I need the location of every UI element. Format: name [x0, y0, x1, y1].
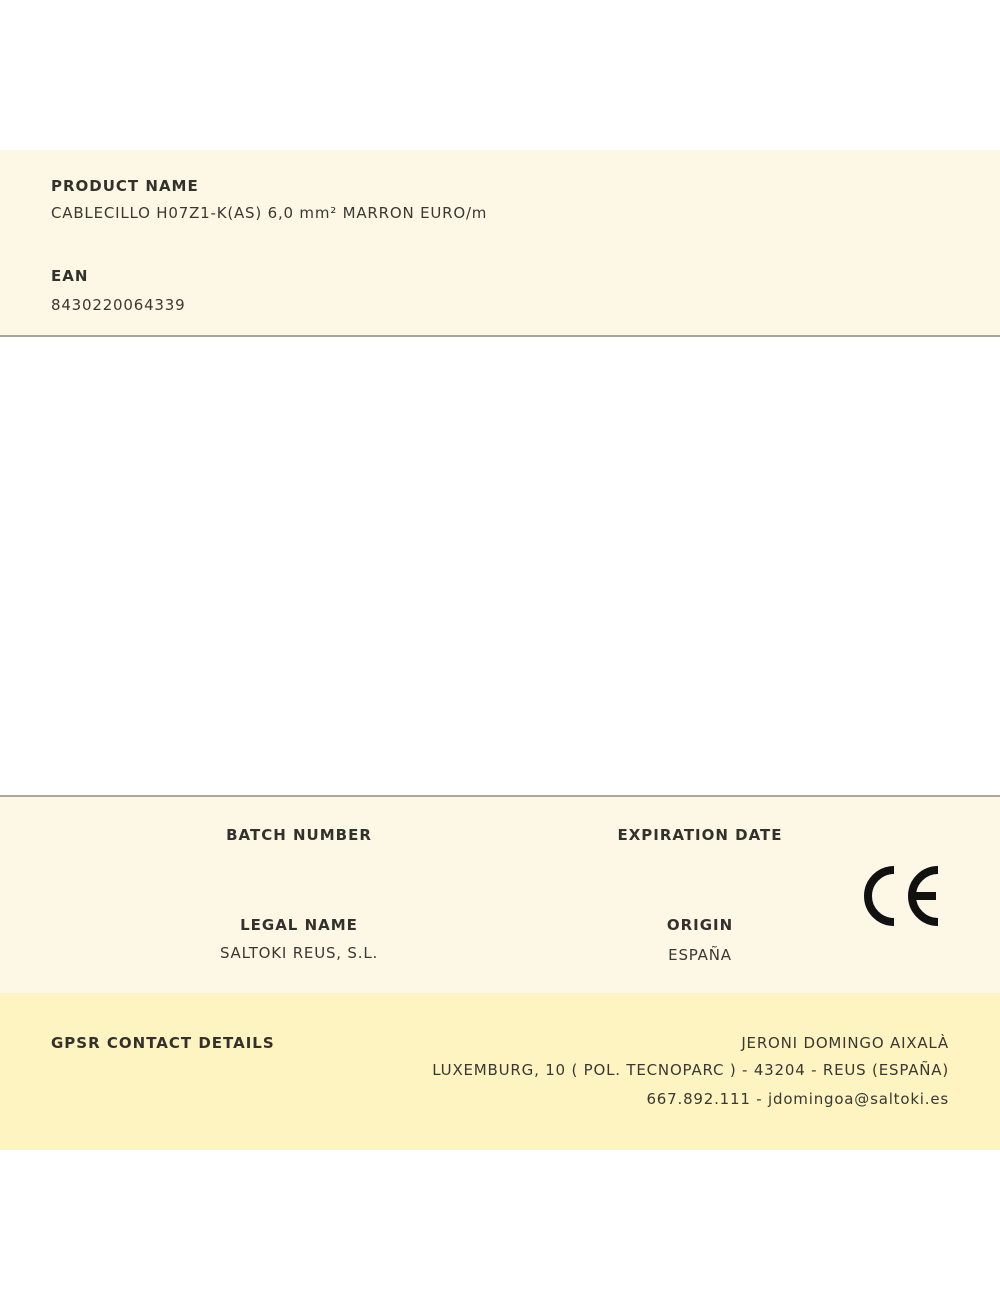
product-section: PRODUCT NAME CABLECILLO H07Z1-K(AS) 6,0 … [0, 150, 1000, 337]
product-name-label: PRODUCT NAME [51, 177, 199, 195]
legal-name-value: SALTOKI REUS, S.L. [220, 944, 378, 962]
gpsr-address: LUXEMBURG, 10 ( POL. TECNOPARC ) - 43204… [432, 1061, 949, 1079]
ean-value: 8430220064339 [51, 296, 185, 314]
product-info-section: BATCH NUMBER EXPIRATION DATE LEGAL NAME … [0, 795, 1000, 995]
legal-name-label: LEGAL NAME [240, 916, 358, 934]
ean-label: EAN [51, 267, 88, 285]
gpsr-phone-email: 667.892.111 - jdomingoa@saltoki.es [646, 1090, 949, 1108]
origin-value: ESPAÑA [668, 946, 732, 964]
gpsr-contact-name: JERONI DOMINGO AIXALÀ [741, 1034, 949, 1052]
product-name-value: CABLECILLO H07Z1-K(AS) 6,0 mm² MARRON EU… [51, 204, 487, 222]
batch-number-label: BATCH NUMBER [226, 826, 372, 844]
gpsr-contact-label: GPSR CONTACT DETAILS [51, 1034, 275, 1052]
expiration-date-label: EXPIRATION DATE [617, 826, 782, 844]
gpsr-contact-section: GPSR CONTACT DETAILS JERONI DOMINGO AIXA… [0, 993, 1000, 1150]
ce-mark-icon [858, 866, 942, 926]
origin-label: ORIGIN [667, 916, 733, 934]
